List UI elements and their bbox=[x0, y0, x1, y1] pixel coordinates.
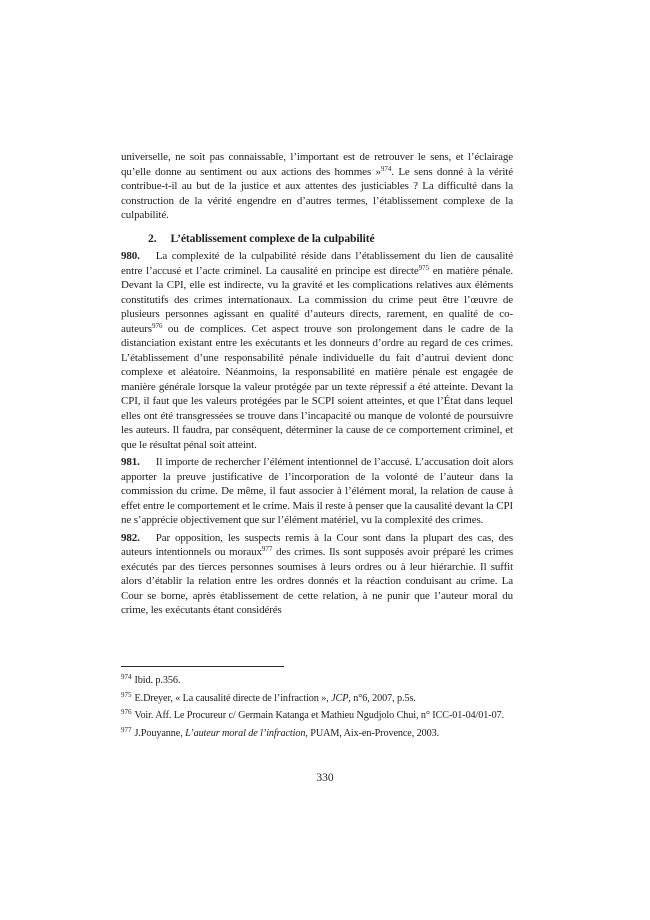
paragraph-981: 981.Il importe de rechercher l’élément i… bbox=[121, 455, 513, 528]
paragraph-980: 980.La complexité de la culpabilité rési… bbox=[121, 249, 513, 452]
footnote-separator-rule bbox=[121, 666, 284, 667]
section-heading-number: 2. bbox=[148, 232, 171, 245]
page-number: 330 bbox=[0, 772, 650, 784]
footnote-marker: 975 bbox=[121, 691, 132, 699]
footnote-marker: 977 bbox=[121, 726, 132, 734]
paragraph-number: 981. bbox=[121, 456, 156, 468]
footnote-976: 976Voir. Aff. Le Procureur c/ Germain Ka… bbox=[121, 709, 525, 723]
footnote-marker: 976 bbox=[121, 708, 132, 716]
page-content: universelle, ne soit pas connaissable, l… bbox=[121, 150, 513, 667]
document-page: universelle, ne soit pas connaissable, l… bbox=[0, 0, 650, 920]
footnote-975: 975E.Dreyer, « La causalité directe de l… bbox=[121, 692, 525, 706]
paragraph-number: 980. bbox=[121, 250, 156, 262]
footnote-text: Voir. Aff. Le Procureur c/ Germain Katan… bbox=[135, 710, 505, 721]
footnote-text: Ibid. p.356. bbox=[135, 675, 181, 686]
paragraph-intro: universelle, ne soit pas connaissable, l… bbox=[121, 150, 513, 223]
section-heading-title: L’établissement complexe de la culpabili… bbox=[171, 232, 375, 245]
footnote-977: 977J.Pouyanne, L’auteur moral de l’infra… bbox=[121, 727, 525, 741]
footnote-974: 974Ibid. p.356. bbox=[121, 674, 525, 688]
paragraph-number: 982. bbox=[121, 532, 156, 544]
paragraph-text: Il importe de rechercher l’élément inten… bbox=[121, 456, 513, 526]
footnotes-section: 974Ibid. p.356. 975E.Dreyer, « La causal… bbox=[121, 666, 525, 741]
section-heading: 2.L’établissement complexe de la culpabi… bbox=[121, 232, 513, 247]
footnote-marker: 974 bbox=[121, 673, 132, 681]
paragraph-text: La complexité de la culpabilité réside d… bbox=[121, 250, 513, 451]
footnote-text: E.Dreyer, « La causalité directe de l’in… bbox=[135, 693, 416, 704]
paragraph-text: Par opposition, les suspects remis à la … bbox=[121, 532, 513, 617]
paragraph-982: 982.Par opposition, les suspects remis à… bbox=[121, 531, 513, 618]
footnote-text: J.Pouyanne, L’auteur moral de l’infracti… bbox=[135, 728, 440, 739]
